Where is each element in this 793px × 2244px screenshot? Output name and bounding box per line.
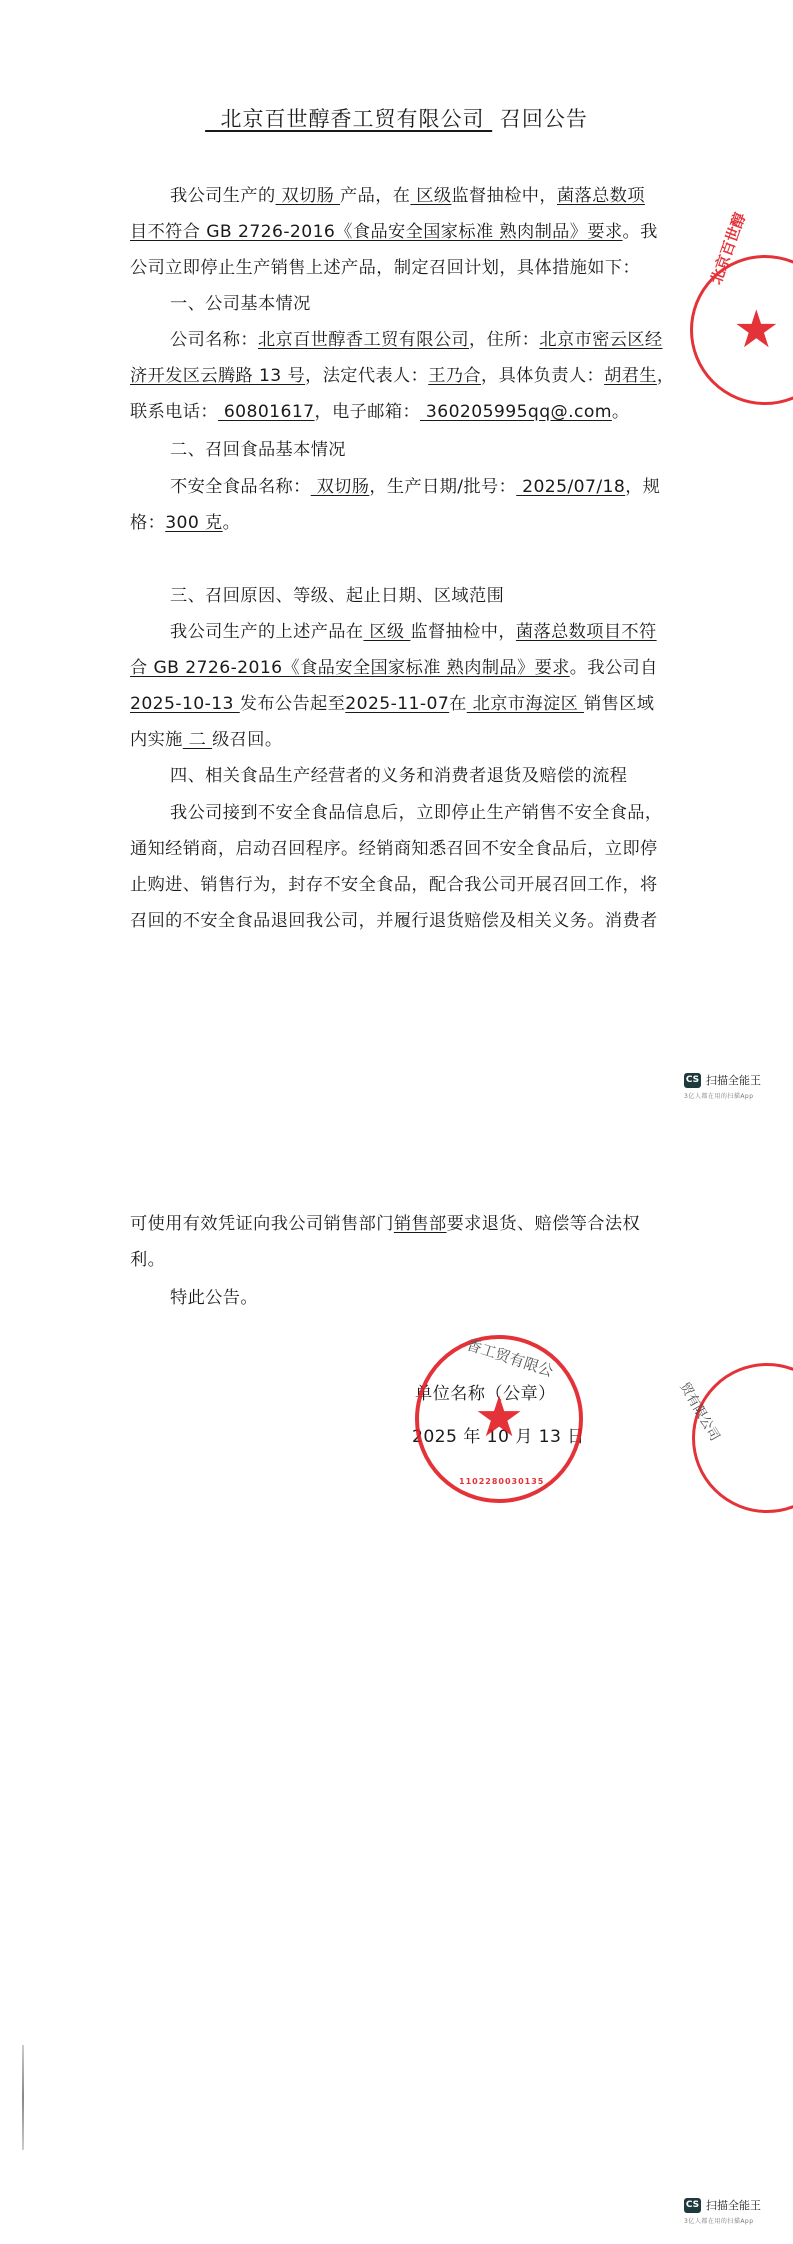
label: ，住所： <box>469 330 539 350</box>
label: ，电子邮箱： <box>315 402 421 422</box>
recall-start-date: 2025-10-13 <box>130 694 240 714</box>
company-seal-partial-bottom: 贸有限公司 <box>692 1363 793 1513</box>
product-name: 双切肠 <box>276 186 341 206</box>
text: 。 <box>223 513 241 533</box>
text: 可使用有效凭证向我公司销售部门 <box>130 1214 394 1234</box>
text: 在 <box>449 694 467 714</box>
recall-info-line-2: 合 GB 2726-2016《食品安全国家标准 熟肉制品》要求。我公司自 <box>130 658 660 678</box>
company-seal-main: ★ 香工贸有限公 1102280030135 <box>415 1335 583 1503</box>
section-heading-2: 二、召回食品基本情况 <box>170 440 660 460</box>
text: 。我 <box>623 222 658 242</box>
inspection-level: 区级 <box>363 622 410 642</box>
recall-grade: 二 <box>183 730 212 750</box>
label: ，法定代表人： <box>305 366 428 386</box>
process-line-1: 我公司接到不安全食品信息后，立即停止生产销售不安全食品， <box>170 803 660 823</box>
watermark-tagline: 3亿人都在用的扫描App <box>684 2216 761 2225</box>
intro-line-2: 目不符合 GB 2726-2016《食品安全国家标准 熟肉制品》要求。我 <box>130 222 660 242</box>
scan-edge-artifact <box>22 2045 24 2150</box>
company-info-line-1: 公司名称：北京百世醇香工贸有限公司，住所：北京市密云区经 <box>170 330 660 350</box>
recall-info-line-3: 2025-10-13 发布公告起至2025-11-07在 北京市海淀区 销售区域 <box>130 694 660 714</box>
label: ，生产日期/批号： <box>369 477 516 497</box>
seal-text: 北京百世醇 <box>705 210 750 288</box>
legal-representative: 王乃合 <box>428 366 481 386</box>
watermark-name: 扫描全能王 <box>706 2197 761 2213</box>
recall-reason: 菌落总数项 <box>557 186 645 206</box>
text: 公司立即停止生产销售上述产品，制定召回计划，具体措施如下： <box>130 258 640 278</box>
text: 要求退货、赔偿等合法权 <box>447 1214 640 1234</box>
text: 产品，在 <box>340 186 410 206</box>
star-icon: ★ <box>733 300 780 360</box>
food-name: 双切肠 <box>311 477 370 497</box>
recall-info-line-4: 内实施 二 级召回。 <box>130 730 660 750</box>
production-date: 2025/07/18 <box>516 477 625 497</box>
text: ， <box>657 366 675 386</box>
text: 我公司生产的 <box>170 186 276 206</box>
camscanner-logo-icon: CS <box>684 1073 701 1088</box>
star-icon: ★ <box>474 1385 524 1450</box>
label: 不安全食品名称： <box>170 477 311 497</box>
process-line-5: 可使用有效凭证向我公司销售部门销售部要求退货、赔偿等合法权 <box>130 1214 660 1234</box>
text: 监督抽检中， <box>410 622 516 642</box>
company-name: 北京百世醇香工贸有限公司 <box>258 330 469 350</box>
seal-text: 贸有限公司 <box>677 1378 726 1444</box>
section-heading-3: 三、召回原因、等级、起止日期、区域范围 <box>170 586 660 606</box>
recall-reason-cont: 目不符合 GB 2726-2016《食品安全国家标准 熟肉制品》要求 <box>130 222 623 242</box>
label: ，具体负责人： <box>481 366 604 386</box>
section-heading-1: 一、公司基本情况 <box>170 294 660 314</box>
text: 级召回。 <box>212 730 282 750</box>
section-heading-4: 四、相关食品生产经营者的义务和消费者退货及赔偿的流程 <box>170 766 660 786</box>
text: 发布公告起至 <box>240 694 346 714</box>
recall-end-date: 2025-11-07 <box>345 694 449 714</box>
process-line-3: 止购进、销售行为，封存不安全食品，配合我公司开展召回工作，将 <box>130 875 660 895</box>
recall-info-line-1: 我公司生产的上述产品在 区级 监督抽检中，菌落总数项目不符 <box>170 622 660 642</box>
responsible-person: 胡君生 <box>604 366 657 386</box>
text: 内实施 <box>130 730 183 750</box>
intro-line-3: 公司立即停止生产销售上述产品，制定召回计划，具体措施如下： <box>130 258 660 278</box>
recall-region: 北京市海淀区 <box>467 694 584 714</box>
intro-line-1: 我公司生产的 双切肠 产品，在 区级监督抽检中，菌落总数项 <box>170 186 660 206</box>
recall-reason: 菌落总数项目不符 <box>516 622 657 642</box>
company-info-line-3: 联系电话： 60801617，电子邮箱： 360205995qq@.com。 <box>130 402 660 422</box>
food-spec: 300 克 <box>165 513 222 533</box>
contact-phone: 60801617 <box>218 402 315 422</box>
seal-text: 香工贸有限公 <box>464 1334 556 1382</box>
camscanner-logo-icon: CS <box>684 2198 701 2213</box>
text: 我公司生产的上述产品在 <box>170 622 363 642</box>
food-info-line-2: 格：300 克。 <box>130 513 660 533</box>
process-line-6: 利。 <box>130 1250 660 1270</box>
recall-reason-cont: 合 GB 2726-2016《食品安全国家标准 熟肉制品》要求 <box>130 658 570 678</box>
label: ，规 <box>625 477 660 497</box>
food-info-line-1: 不安全食品名称： 双切肠，生产日期/批号： 2025/07/18，规 <box>170 477 660 497</box>
inspection-level: 区级 <box>410 186 451 206</box>
camscanner-watermark-1: CS 扫描全能王 3亿人都在用的扫描App <box>684 1072 761 1100</box>
title-suffix: 召回公告 <box>500 107 588 131</box>
text: 销售区域 <box>584 694 654 714</box>
closing-statement: 特此公告。 <box>170 1288 660 1308</box>
label: 公司名称： <box>170 330 258 350</box>
company-address-cont: 济开发区云腾路 13 号 <box>130 366 305 386</box>
process-line-2: 通知经销商，启动召回程序。经销商知悉召回不安全食品后，立即停 <box>130 839 660 859</box>
watermark-name: 扫描全能王 <box>706 1072 761 1088</box>
contact-email: 360205995qq@.com <box>420 402 612 422</box>
company-info-line-2: 济开发区云腾路 13 号，法定代表人：王乃合，具体负责人：胡君生， <box>130 366 660 386</box>
seal-code: 1102280030135 <box>459 1477 544 1486</box>
text: 。 <box>612 402 630 422</box>
text: 。我公司自 <box>570 658 658 678</box>
label: 联系电话： <box>130 402 218 422</box>
company-seal-partial-top: ★ 北京百世醇 <box>690 255 793 405</box>
sales-department: 销售部 <box>394 1214 447 1234</box>
watermark-tagline: 3亿人都在用的扫描App <box>684 1091 761 1100</box>
recall-notice-page: 北京百世醇香工贸有限公司 召回公告 我公司生产的 双切肠 产品，在 区级监督抽检… <box>0 0 793 2244</box>
text: 监督抽检中， <box>451 186 557 206</box>
process-line-4: 召回的不安全食品退回我公司，并履行退货赔偿及相关义务。消费者 <box>130 911 660 931</box>
camscanner-watermark-2: CS 扫描全能王 3亿人都在用的扫描App <box>684 2197 761 2225</box>
label: 格： <box>130 513 165 533</box>
company-address: 北京市密云区经 <box>539 330 662 350</box>
title-company: 北京百世醇香工贸有限公司 <box>205 107 492 131</box>
page-title: 北京百世醇香工贸有限公司 召回公告 <box>0 103 793 133</box>
